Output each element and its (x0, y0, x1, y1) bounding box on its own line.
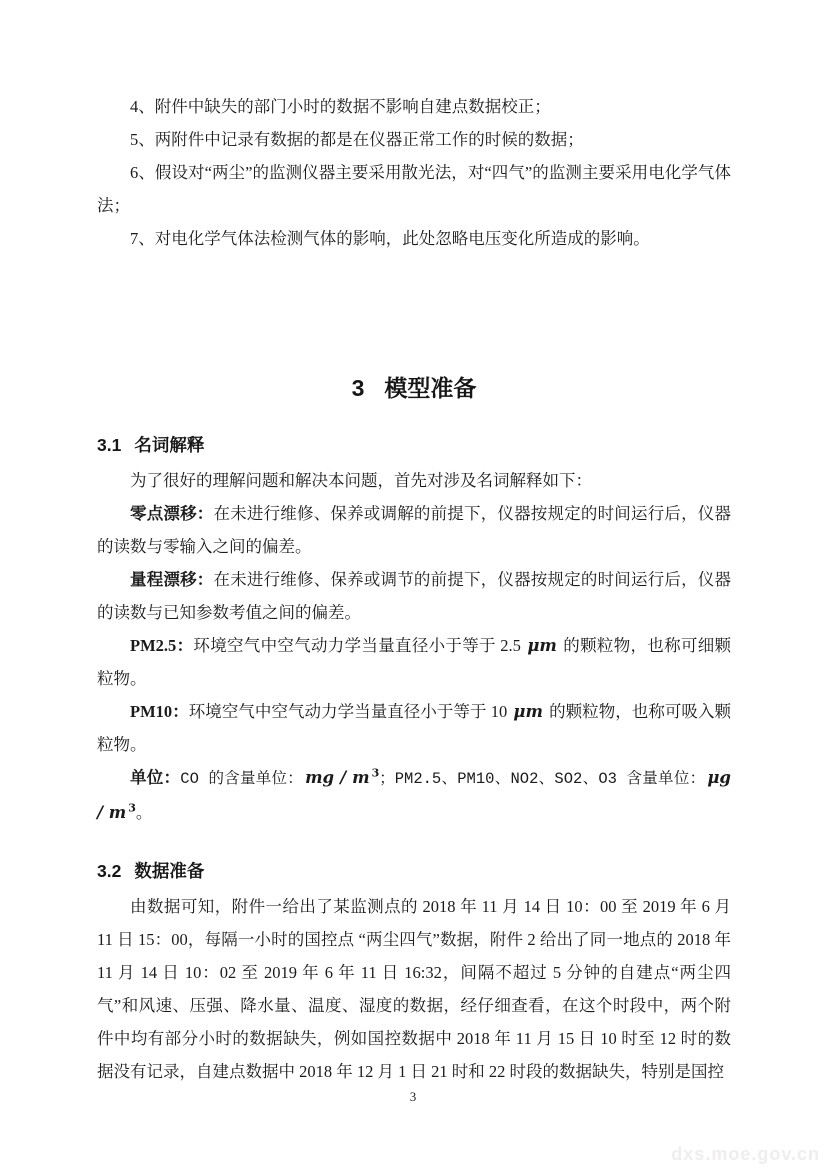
section-number: 3 (352, 375, 365, 401)
units-term: 单位： (130, 768, 180, 787)
pm10-definition-part1: 环境空气中空气动力学当量直径小于等于 10 (189, 702, 512, 721)
pm10-unit-formula: μm (511, 702, 545, 721)
pm25-unit-formula: μm (525, 636, 559, 655)
subsection-3-2-heading: 3.2数据准备 (97, 855, 731, 888)
pm25-definition-part1: 环境空气中空气动力学当量直径小于等于 2.5 (193, 636, 525, 655)
data-preparation-paragraph: 由数据可知，附件一给出了某监测点的 2018 年 11 月 14 日 10：00… (97, 890, 731, 1088)
assumption-item-4: 4、附件中缺失的部门小时的数据不影响自建点数据校正； (97, 90, 731, 123)
pm10-paragraph: PM10：环境空气中空气动力学当量直径小于等于 10 μm 的颗粒物，也称可吸入… (97, 695, 731, 761)
units-pollutants-text: ；PM2.5、PM10、NO2、SO2、O3 含量单位： (379, 770, 705, 788)
terms-intro-paragraph: 为了很好的理解问题和解决本问题，首先对涉及名词解释如下： (97, 464, 731, 497)
units-co-text: CO 的含量单位： (180, 770, 303, 788)
assumption-item-7: 7、对电化学气体法检测气体的影响，此处忽略电压变化所造成的影响。 (97, 222, 731, 255)
subsection-3-1-number: 3.1 (97, 435, 121, 455)
pm25-paragraph: PM2.5：环境空气中空气动力学当量直径小于等于 2.5 μm 的颗粒物，也称可… (97, 629, 731, 695)
assumption-item-6: 6、假设对“两尘”的监测仪器主要采用散光法，对“四气”的监测主要采用电化学气体法… (97, 156, 731, 222)
document-page: 4、附件中缺失的部门小时的数据不影响自建点数据校正； 5、两附件中记录有数据的都… (0, 0, 826, 1169)
subsection-3-2-number: 3.2 (97, 861, 121, 881)
units-paragraph: 单位：CO 的含量单位：mg / m3；PM2.5、PM10、NO2、SO2、O… (97, 761, 731, 829)
page-number: 3 (0, 1089, 826, 1105)
subsection-3-1-heading: 3.1名词解释 (97, 429, 731, 462)
section-heading: 3模型准备 (97, 373, 731, 403)
zero-drift-term: 零点漂移： (130, 504, 214, 523)
span-drift-term: 量程漂移： (130, 570, 214, 589)
co-unit-formula: mg / m (303, 768, 372, 787)
section-title: 模型准备 (384, 375, 476, 401)
pm25-term: PM2.5： (130, 636, 193, 655)
zero-drift-paragraph: 零点漂移：在未进行维修、保养或调解的前提下，仪器按规定的时间运行后，仪器的读数与… (97, 497, 731, 563)
subsection-3-1-title: 名词解释 (134, 435, 204, 455)
watermark-text: dxs.moe.gov.cn (671, 1143, 820, 1165)
page-content: 4、附件中缺失的部门小时的数据不影响自建点数据校正； 5、两附件中记录有数据的都… (97, 90, 731, 1088)
span-drift-paragraph: 量程漂移：在未进行维修、保养或调节的前提下，仪器按规定的时间运行后，仪器的读数与… (97, 563, 731, 629)
assumption-item-5: 5、两附件中记录有数据的都是在仪器正常工作的时候的数据； (97, 123, 731, 156)
pm10-term: PM10： (130, 702, 189, 721)
units-period: 。 (136, 803, 153, 822)
pollutant-unit-exponent: 3 (128, 802, 136, 815)
subsection-3-2-title: 数据准备 (134, 861, 204, 881)
